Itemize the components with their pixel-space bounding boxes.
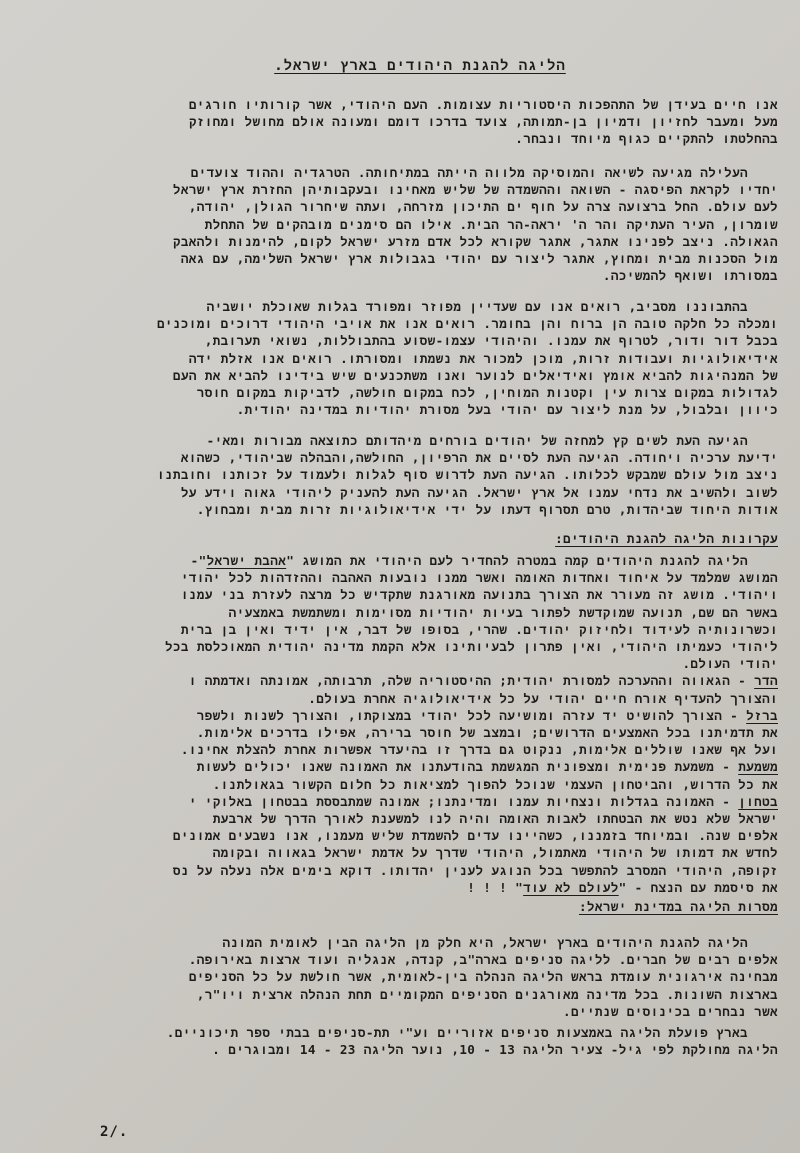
quote-mark: "-: [191, 553, 207, 568]
principle-mishmaat: משמעת - משמעת פנימית ומצפונית המגשמת בהו…: [62, 758, 778, 775]
paragraph-structure-1: הליגה להגנת היהודים בארץ ישראל, היא חלק …: [62, 934, 778, 1020]
text-line: בכבל דור ודור, לטרוף את עמנו. והיהודי עצ…: [62, 332, 778, 349]
slogan-line: את סיסמת עם הנצח - "לעולם לא עוד" ! ! !: [62, 879, 778, 896]
section-principles: עקרונות הליגה להגנת היהודים:: [62, 530, 778, 547]
text-span: - הצורך להושיט יד עזרה ומושיעה לכל יהודי…: [197, 708, 746, 723]
text-span: - משמעת פנימית ומצפונית המגשמת בהודעתנו …: [197, 759, 738, 774]
principle-hadar: הדר - הגאווה וההערכה למסורת יהודית; ההיס…: [62, 672, 778, 689]
text-line: ליהודי כעמיתו היהודי, ואין פתרון לבעיותי…: [62, 638, 778, 655]
paragraph-4: הגיעה העת לשים קץ למחזה של יהודים בורחים…: [62, 432, 778, 518]
text-line: אלפים שנה. ובמיוחד בזמננו, כשהיינו עדים …: [62, 827, 778, 844]
text-line: הגיעה העת לשים קץ למחזה של יהודים בורחים…: [62, 432, 778, 449]
text-line: הגאולה. ניצב לפנינו אתגר, אתגר שקורא לכל…: [62, 233, 778, 250]
text-line: ומכלה כל חלקה טובה הן ברוח והן בחומר. רו…: [62, 315, 778, 332]
principle-term: משמעת: [738, 759, 778, 774]
slogan-underlined: לעולם לא עוד: [523, 880, 619, 895]
quote-mark: ": [286, 553, 294, 568]
text-line: ישראל שלא נטש את הבטחתו לאבות האומה והיה…: [62, 810, 778, 827]
text-line: ויהודי. מושג זה מעורר את הצורך בתנועה מא…: [62, 586, 778, 603]
text-line: מעל ומעבר לחזיון ודמיון בן-תמותה, צועד ב…: [62, 113, 778, 130]
text-line: לעם עולם. החל ברצועה צרה על חוף ים התיכו…: [62, 198, 778, 215]
text-line: יהודי העולם.: [62, 655, 778, 672]
principle-bitachon: בטחון - האמונה בגדלות ונצחיות עמנו ומדינ…: [62, 793, 778, 810]
principle-barzel: ברזל - הצורך להושיט יד עזרה ומושיעה לכל …: [62, 707, 778, 724]
section-heading: עקרונות הליגה להגנת היהודים:: [62, 530, 778, 547]
paragraph-principles-intro: הליגה להגנת היהודים קמה במטרה להחדיר לעם…: [62, 552, 778, 896]
underlined-term: אהבת ישראל: [207, 553, 287, 568]
paragraph-intro: אנו חיים בעידן של התהפכות היסטוריות עצומ…: [62, 96, 778, 148]
section-heading: מסרות הליגה במדינת ישראל:: [62, 898, 778, 915]
text-line: יחדיו לקראת הפיסגה - השואה וההשמדה של של…: [62, 181, 778, 198]
text-span: " ! ! !: [467, 880, 523, 895]
text-line: את תדמיתנו בכל האמצעים הדרושים; ובמצב של…: [62, 724, 778, 741]
text-line: אנו חיים בעידן של התהפכות היסטוריות עצומ…: [62, 96, 778, 113]
text-span: - הגאווה וההערכה למסורת יהודית; ההיסטורי…: [189, 673, 754, 688]
text-line: הליגה להגנת היהודים בארץ ישראל, היא חלק …: [62, 934, 778, 951]
text-line: המושג שמלמד על איחוד ואחדות האומה ואשר מ…: [62, 569, 778, 586]
text-line: הליגה להגנת היהודים קמה במטרה להחדיר לעם…: [62, 552, 778, 569]
text-line: לשוב ולהשיב את נדחי עמנו אל ארץ ישראל. ה…: [62, 484, 778, 501]
text-line: את כל הדרוש, והביטחון העצמי שנוכל להפוך …: [62, 776, 778, 793]
text-line: אידיאולוגיות ועבודות זרות, מוכן למכור את…: [62, 350, 778, 367]
paragraph-3: בהתבוננו מסביב, רואים אנו עם שעדיין מפוז…: [62, 298, 778, 418]
page-number: 2/.: [100, 1124, 128, 1140]
text-line: בהתבוננו מסביב, רואים אנו עם שעדיין מפוז…: [62, 298, 778, 315]
principle-term: ברזל: [746, 708, 778, 723]
text-line: הליגה מחולקת לפי גיל- צעיר הליגה 13 - 10…: [62, 1041, 778, 1058]
scanned-document-page: הליגה להגנת היהודים בארץ ישראל. אנו חיים…: [0, 0, 800, 1153]
text-line: ידיעת ערכיה ויחודה. הגיעה העת לסיים את ה…: [62, 449, 778, 466]
text-line: אודות היחוד שביהדות, טרם תסרוף דעתו על י…: [62, 501, 778, 518]
text-line: כיוון ובלבול, על מנת ליצור עם יהודי בעל …: [62, 401, 778, 418]
text-line: של המנהיגות להביא אומץ ואידיאלים לנוער ו…: [62, 367, 778, 384]
text-line: לחדש את דמותו של היהודי מאתמול, היהודי ש…: [62, 844, 778, 861]
paragraph-2: העלילה מגיעה לשיאה והמוסיקה מלווה הייתה …: [62, 164, 778, 284]
text-line: בארץ פועלת הליגה באמצעות סניפים אזוריים …: [62, 1024, 778, 1041]
title-text: הליגה להגנת היהודים בארץ ישראל.: [274, 58, 566, 74]
text-line: לגדולות במקום צרות עין וקטנות המוחין, לכ…: [62, 384, 778, 401]
text-line: העלילה מגיעה לשיאה והמוסיקה מלווה הייתה …: [62, 164, 778, 181]
text-line: מבחינה אירגונית עומדת בראש הליגה הנהלה ב…: [62, 968, 778, 985]
document-title: הליגה להגנת היהודים בארץ ישראל.: [62, 58, 778, 75]
text-line: בהחלטתו להתקיים כגוף מיוחד ונבחר.: [62, 130, 778, 147]
text-span: הליגה להגנת היהודים קמה במטרה להחדיר לעם…: [294, 553, 748, 568]
text-line: ועל אף שאנו שוללים אלימות, ננקוט גם בדרך…: [62, 741, 778, 758]
text-span: - האמונה בגדלות ונצחיות עמנו ומדינתנו; א…: [189, 794, 738, 809]
text-line: וכשרונותיה לעידוד ולחיזוק יהודים. שהרי, …: [62, 621, 778, 638]
text-line: והצורך להעדיף אורח חיים יהודי על כל אידי…: [62, 690, 778, 707]
paragraph-structure-2: בארץ פועלת הליגה באמצעות סניפים אזוריים …: [62, 1024, 778, 1058]
text-line: מול הסכנות מבית ומחוץ, אתגר ליצור עם יהו…: [62, 250, 778, 267]
text-line: באשר הם שם, תנועה שמוקדשת לפתור בעיות יה…: [62, 604, 778, 621]
text-line: במסורתו ושואף להמשיכה.: [62, 267, 778, 284]
section-structure: מסרות הליגה במדינת ישראל:: [62, 898, 778, 915]
text-line: ניצב מול עולם שמבקש לכלותו. הגיעה העת לד…: [62, 466, 778, 483]
text-line: זקופה, היהודי המסרב להתפשר בכל הנוגע לענ…: [62, 862, 778, 879]
text-line: שומרון, העיר העתיקה והר ה' יראה-הר הבית.…: [62, 216, 778, 233]
text-span: את סיסמת עם הנצח - ": [619, 880, 778, 895]
principle-term: בטחון: [738, 794, 778, 809]
text-line: אלפים רבים של חברים. לליגה סניפים בארה"ב…: [62, 951, 778, 968]
text-line: בארצות השונות. בכל מדינה מאורגנים הסניפי…: [62, 986, 778, 1003]
principle-term: הדר: [754, 673, 778, 688]
text-line: אשר נבחרים בכינוסים שנתיים.: [62, 1003, 778, 1020]
